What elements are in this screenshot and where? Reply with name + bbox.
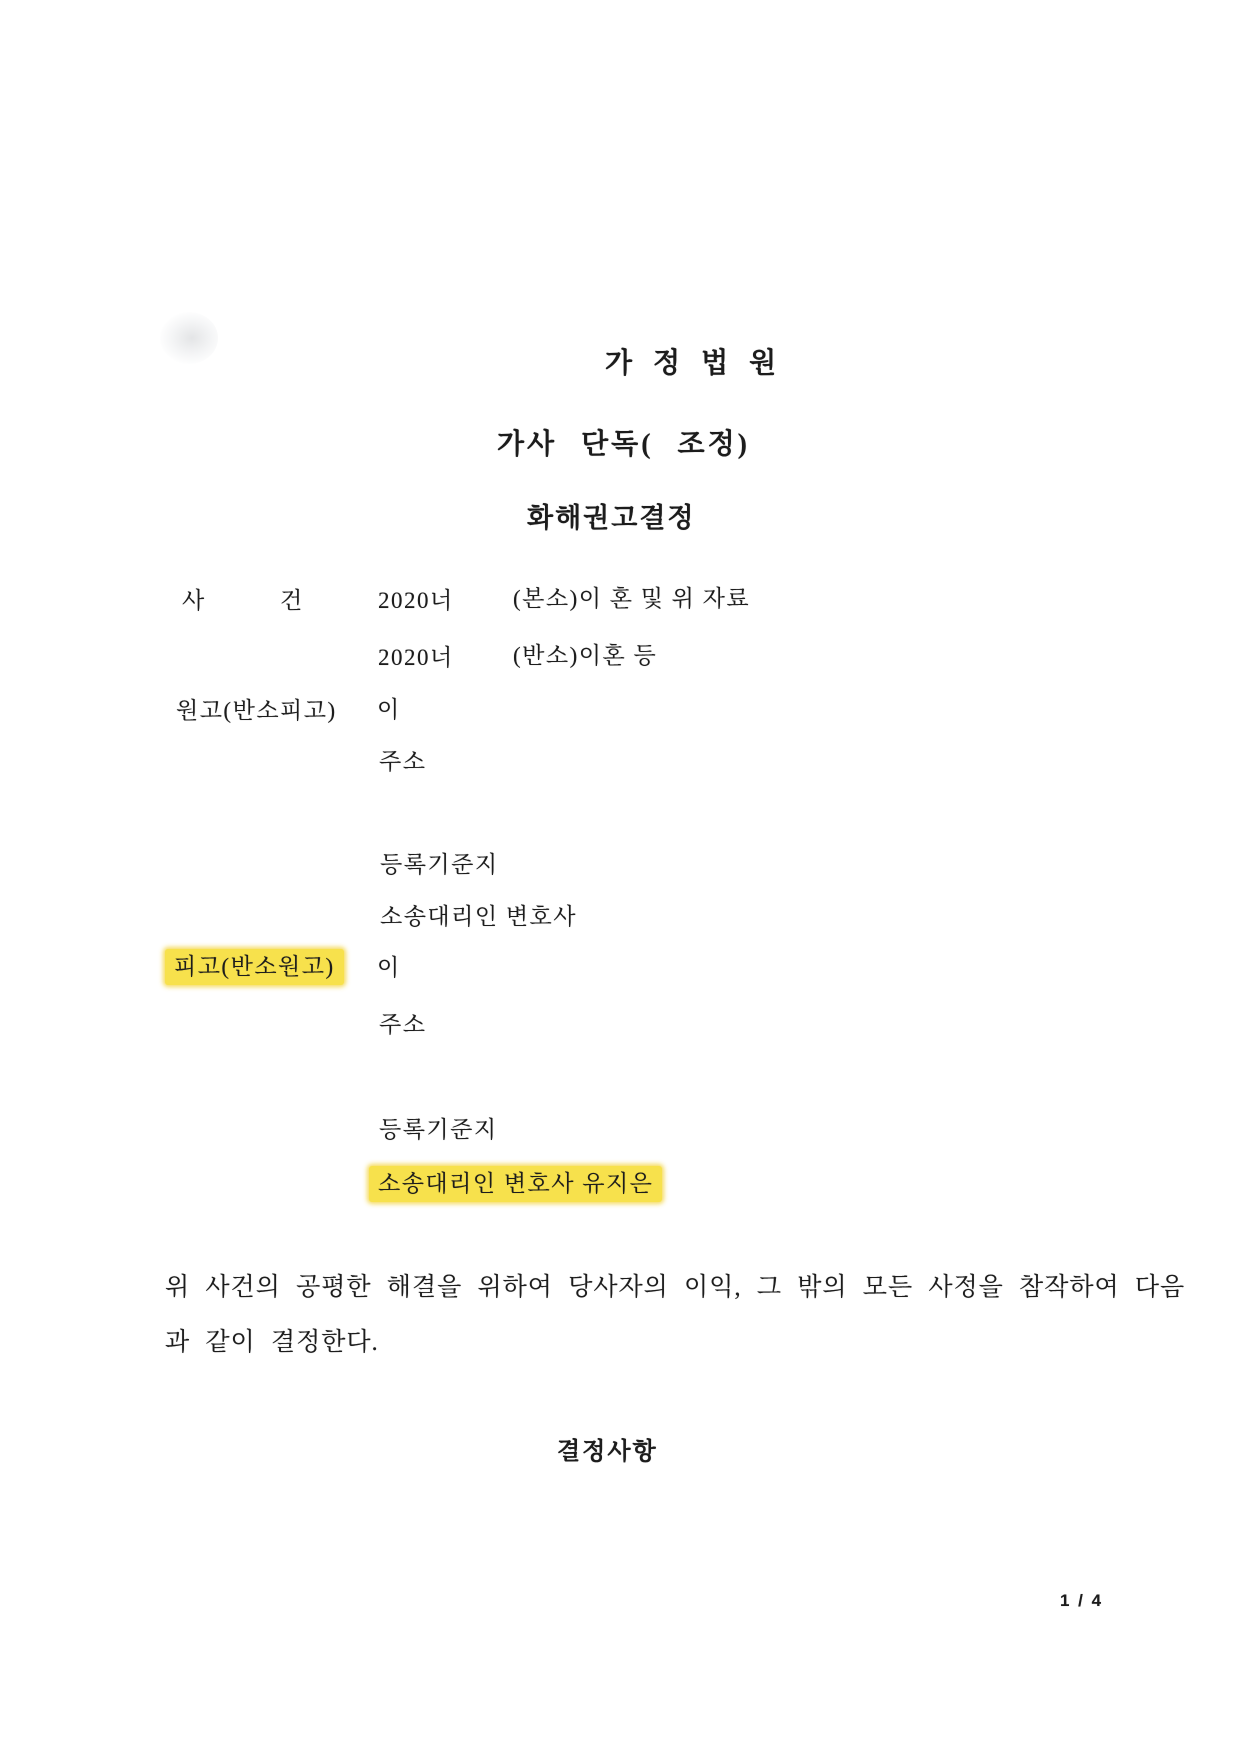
decision-body-line-2: 과 같이 결정한다. [165,1330,379,1355]
case-label-char-1: 사 [182,589,206,612]
defendant-name: 이 [377,956,401,979]
court-title: 가 정 법 원 [605,350,783,378]
scanned-court-document-page: 가 정 법 원 가사 단독( 조정) 화해권고결정 사 건 2020너 (본소)… [0,0,1240,1754]
plaintiff-attorney-label: 소송대리인 변호사 [380,905,577,928]
plaintiff-role-label: 원고(반소피고) [176,699,337,722]
case-label-char-2: 건 [280,589,304,612]
division-title: 가사 단독( 조정) [497,431,750,459]
defendant-registry-label: 등록기준지 [379,1118,498,1141]
scan-smudge-artifact [160,312,218,364]
plaintiff-name: 이 [377,698,401,721]
defendant-role-label-highlighted: 피고(반소원고) [165,949,344,985]
plaintiff-address-label: 주소 [379,750,426,773]
page-number: 1 / 4 [1060,1592,1103,1609]
case-number-main: 2020너 [378,589,454,612]
decision-items-heading: 결정사항 [557,1440,658,1464]
defendant-address-label: 주소 [379,1013,426,1036]
case-name-main: (본소)이 혼 및 위 자료 [513,587,750,610]
case-number-counter: 2020너 [378,646,454,669]
document-title: 화해권고결정 [527,505,696,532]
decision-body-line-1: 위 사건의 공평한 해결을 위하여 당사자의 이익, 그 밖의 모든 사정을 참… [165,1275,1185,1300]
plaintiff-registry-label: 등록기준지 [380,853,499,876]
defendant-attorney-label-highlighted: 소송대리인 변호사 유지은 [369,1166,662,1202]
case-name-counter: (반소)이혼 등 [513,644,657,667]
